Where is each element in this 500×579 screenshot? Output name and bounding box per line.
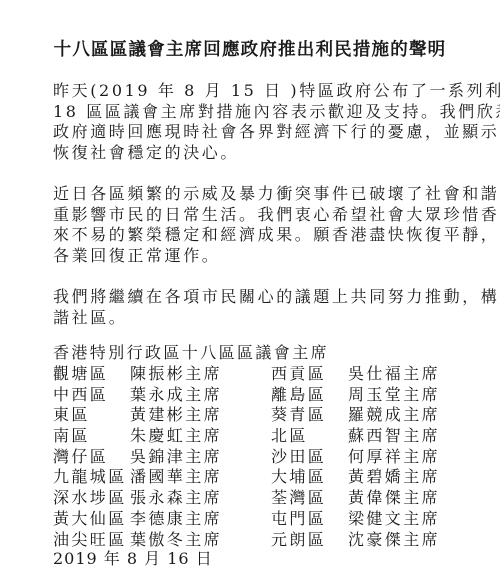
district-name: 中西區 [53,382,108,405]
district-name: 西貢區 [271,361,326,384]
paragraph-1: 昨天(2019 年 8 月 15 日 )特區政府公布了一系列利民措施， 18 區… [53,81,473,163]
district-name: 東區 [53,402,90,425]
document-title: 十八區區議會主席回應政府推出利民措施的聲明 [0,36,500,61]
chairs-list: 觀塘區 陳振彬主席 西貢區 吳仕福主席 中西區 葉永成主席 離島區 周玉堂主席 … [53,361,473,547]
paragraph-line: 恢復社會穩定的決心。 [53,143,473,164]
chair-row: 中西區 葉永成主席 離島區 周玉堂主席 [53,382,473,403]
district-name: 深水埗區 [53,485,127,508]
district-name: 灣仔區 [53,444,108,467]
district-name: 屯門區 [271,506,326,529]
paragraph-line: 各業回復正常運作。 [53,246,473,267]
paragraph-2: 近日各區頻繁的示威及暴力衝突事件已破壞了社會和諧，嚴 重影響市民的日常生活。我們… [53,184,473,266]
chair-row: 灣仔區 吳錦津主席 沙田區 何厚祥主席 [53,444,473,465]
chair-name: 張永森主席 [130,485,222,508]
chair-name: 陳振彬主席 [130,361,222,384]
paragraph-line: 重影響市民的日常生活。我們衷心希望社會大眾珍惜香港得 [53,205,473,226]
chair-name: 蘇西智主席 [348,423,440,446]
paragraph-line: 來不易的繁榮穩定和經濟成果。願香港盡快恢復平靜，各行 [53,225,473,246]
chair-name: 朱慶虹主席 [130,423,222,446]
paragraph-line: 政府適時回應現時社會各界對經濟下行的憂慮，並顯示政府 [53,122,473,143]
district-name: 九龍城區 [53,464,127,487]
district-name: 南區 [53,423,90,446]
chair-name: 潘國華主席 [130,464,222,487]
chair-name: 何厚祥主席 [348,444,440,467]
document-date: 2019 年 8 月 16 日 [53,546,213,569]
chair-name: 吳仕福主席 [348,361,440,384]
chair-name: 梁健文主席 [348,506,440,529]
chair-row: 九龍城區 潘國華主席 大埔區 黃碧嬌主席 [53,464,473,485]
chair-row: 黃大仙區 李德康主席 屯門區 梁健文主席 [53,506,473,527]
chair-name: 葉永成主席 [130,382,222,405]
district-name: 黃大仙區 [53,506,127,529]
chair-name: 吳錦津主席 [130,444,222,467]
chair-row: 南區 朱慶虹主席 北區 蘇西智主席 [53,423,473,444]
paragraph-line: 我們將繼續在各項市民關心的議題上共同努力推動，構建和 [53,287,473,308]
paragraph-line: 18 區區議會主席對措施內容表示歡迎及支持。我們欣悉特區 [53,102,473,123]
chair-name: 黃建彬主席 [130,402,222,425]
district-name: 北區 [271,423,308,446]
district-name: 觀塘區 [53,361,108,384]
district-name: 沙田區 [271,444,326,467]
paragraph-line: 近日各區頻繁的示威及暴力衝突事件已破壞了社會和諧，嚴 [53,184,473,205]
paragraph-line: 諧社區。 [53,308,473,329]
chair-row: 觀塘區 陳振彬主席 西貢區 吳仕福主席 [53,361,473,382]
chair-row: 深水埗區 張永森主席 荃灣區 黃偉傑主席 [53,485,473,506]
district-name: 離島區 [271,382,326,405]
chair-name: 黃偉傑主席 [348,485,440,508]
chair-name: 黃碧嬌主席 [348,464,440,487]
paragraph-line: 昨天(2019 年 8 月 15 日 )特區政府公布了一系列利民措施， [53,81,473,102]
chair-row: 東區 黃建彬主席 葵青區 羅競成主席 [53,402,473,423]
chair-name: 周玉堂主席 [348,382,440,405]
district-name: 大埔區 [271,464,326,487]
chair-name: 李德康主席 [130,506,222,529]
district-name: 葵青區 [271,402,326,425]
chair-row: 油尖旺區 葉傲冬主席 元朗區 沈豪傑主席 [53,527,473,548]
signature-header: 香港特別行政區十八區區議會主席 [53,340,329,363]
chair-name: 沈豪傑主席 [348,527,440,550]
paragraph-3: 我們將繼續在各項市民關心的議題上共同努力推動，構建和 諧社區。 [53,287,473,328]
chair-name: 羅競成主席 [348,402,440,425]
district-name: 荃灣區 [271,485,326,508]
district-name: 元朗區 [271,527,326,550]
